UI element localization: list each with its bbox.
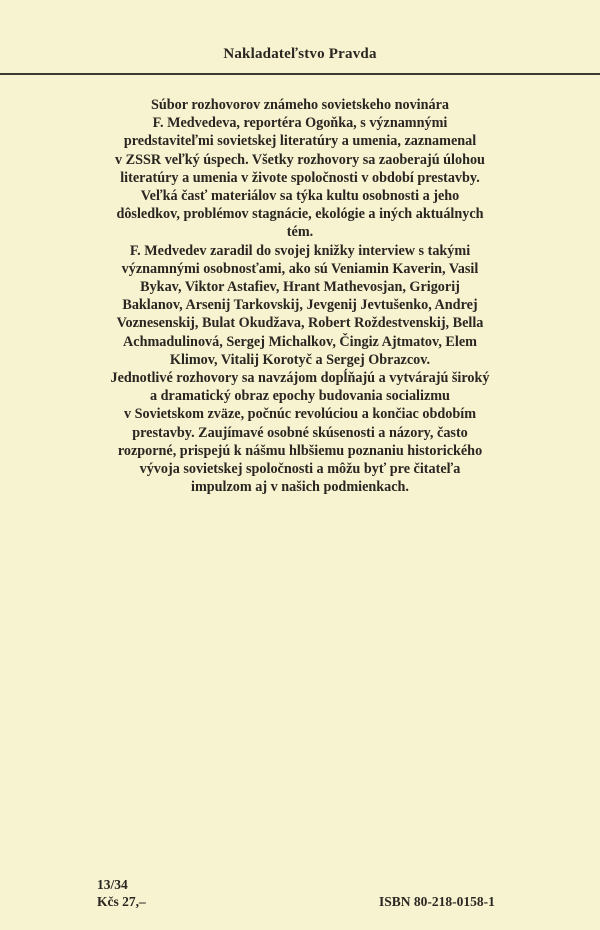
blurb-line: predstaviteľmi sovietskej literatúry a u… xyxy=(60,132,540,150)
blurb-line: a dramatický obraz epochy budovania soci… xyxy=(60,387,540,405)
blurb-line: vývoja sovietskej spoločnosti a môžu byť… xyxy=(60,460,540,478)
blurb-line: Veľká časť materiálov sa týka kultu osob… xyxy=(60,187,540,205)
blurb-line: F. Medvedeva, reportéra Ogoňka, s význam… xyxy=(60,114,540,132)
blurb-line: prestavby. Zaujímavé osobné skúsenosti a… xyxy=(60,424,540,442)
blurb-line: Baklanov, Arsenij Tarkovskij, Jevgenij J… xyxy=(60,296,540,314)
catalog-code: 13/34 xyxy=(97,876,146,893)
publisher-name: Nakladateľstvo Pravda xyxy=(0,46,600,63)
blurb-line: Jednotlivé rozhovory sa navzájom dopĺňaj… xyxy=(60,369,540,387)
blurb-line: dôsledkov, problémov stagnácie, ekológie… xyxy=(60,205,540,223)
blurb-line: Súbor rozhovorov známeho sovietskeho nov… xyxy=(60,96,540,114)
isbn: ISBN 80-218-0158-1 xyxy=(379,893,495,910)
blurb-line: impulzom aj v našich podmienkach. xyxy=(60,478,540,496)
blurb-line: Achmadulinová, Sergej Michalkov, Čingiz … xyxy=(60,333,540,351)
blurb-text: Súbor rozhovorov známeho sovietskeho nov… xyxy=(60,96,540,496)
blurb-line: Klimov, Vitalij Korotyč a Sergej Obrazco… xyxy=(60,351,540,369)
blurb-line: F. Medvedev zaradil do svojej knižky int… xyxy=(60,242,540,260)
header-rule xyxy=(0,73,600,75)
blurb-line: v ZSSR veľký úspech. Všetky rozhovory sa… xyxy=(60,151,540,169)
blurb-line: Voznesenskij, Bulat Okudžava, Robert Rož… xyxy=(60,314,540,332)
blurb-line: literatúry a umenia v živote spoločnosti… xyxy=(60,169,540,187)
footer-left: 13/34 Kčs 27,– xyxy=(97,876,146,910)
blurb-line: v Sovietskom zväze, počnúc revolúciou a … xyxy=(60,405,540,423)
price: Kčs 27,– xyxy=(97,893,146,910)
blurb-line: významnými osobnosťami, ako sú Veniamin … xyxy=(60,260,540,278)
blurb-line: Bykav, Viktor Astafiev, Hrant Mathevosja… xyxy=(60,278,540,296)
blurb-line: rozporné, prispejú k nášmu hlbšiemu pozn… xyxy=(60,442,540,460)
blurb-line: tém. xyxy=(60,223,540,241)
